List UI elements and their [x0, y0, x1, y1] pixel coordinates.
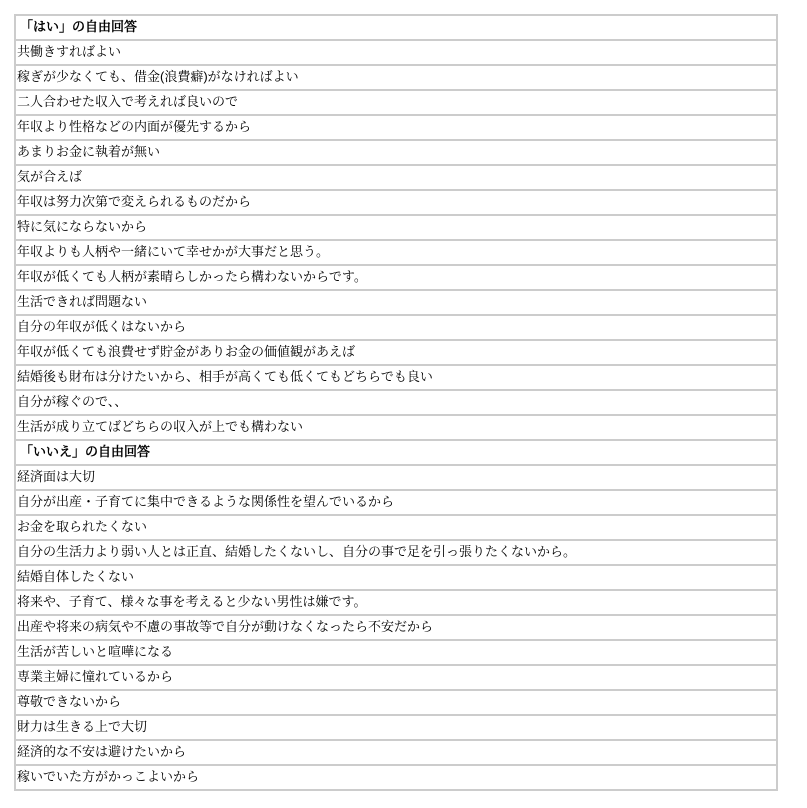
answer-row: 専業主婦に憧れているから: [15, 665, 777, 690]
section-header-row-yes: 「はい」の自由回答: [15, 15, 777, 40]
answer-cell: 生活が苦しいと喧嘩になる: [15, 640, 777, 665]
answer-row: 経済面は大切: [15, 465, 777, 490]
answer-row: 年収よりも人柄や一緒にいて幸せかが大事だと思う。: [15, 240, 777, 265]
answer-row: 出産や将来の病気や不慮の事故等で自分が動けなくなったら不安だから: [15, 615, 777, 640]
answer-cell: 気が合えば: [15, 165, 777, 190]
answer-cell: 結婚後も財布は分けたいから、相手が高くても低くてもどちらでも良い: [15, 365, 777, 390]
answer-row: 生活が成り立てばどちらの収入が上でも構わない: [15, 415, 777, 440]
answer-row: 結婚自体したくない: [15, 565, 777, 590]
answer-cell: 経済的な不安は避けたいから: [15, 740, 777, 765]
answer-cell: 将来や、子育て、様々な事を考えると少ない男性は嫌です。: [15, 590, 777, 615]
answer-row: 稼ぎが少なくても、借金(浪費癖)がなければよい: [15, 65, 777, 90]
answer-cell: 財力は生きる上で大切: [15, 715, 777, 740]
answer-cell: 自分の年収が低くはないから: [15, 315, 777, 340]
answer-cell: 年収は努力次第で変えられるものだから: [15, 190, 777, 215]
answer-row: 尊敬できないから: [15, 690, 777, 715]
answer-cell: 年収より性格などの内面が優先するから: [15, 115, 777, 140]
answer-cell: 年収よりも人柄や一緒にいて幸せかが大事だと思う。: [15, 240, 777, 265]
section-header-row-no: 「いいえ」の自由回答: [15, 440, 777, 465]
answer-cell: 自分が出産・子育てに集中できるような関係性を望んでいるから: [15, 490, 777, 515]
answer-cell: 自分の生活力より弱い人とは正直、結婚したくないし、自分の事で足を引っ張りたくない…: [15, 540, 777, 565]
answer-cell: 専業主婦に憧れているから: [15, 665, 777, 690]
answer-row: 財力は生きる上で大切: [15, 715, 777, 740]
answer-row: 生活が苦しいと喧嘩になる: [15, 640, 777, 665]
answer-row: お金を取られたくない: [15, 515, 777, 540]
answer-row: 将来や、子育て、様々な事を考えると少ない男性は嫌です。: [15, 590, 777, 615]
answer-cell: 自分が稼ぐので、、: [15, 390, 777, 415]
answer-cell: 年収が低くても人柄が素晴らしかったら構わないからです。: [15, 265, 777, 290]
free-answers-table-body: 「はい」の自由回答共働きすればよい稼ぎが少なくても、借金(浪費癖)がなければよい…: [15, 15, 777, 790]
answer-row: 二人合わせた収入で考えれば良いので: [15, 90, 777, 115]
answer-cell: 共働きすればよい: [15, 40, 777, 65]
answer-cell: 生活が成り立てばどちらの収入が上でも構わない: [15, 415, 777, 440]
answer-row: 年収は努力次第で変えられるものだから: [15, 190, 777, 215]
answer-row: 年収が低くても人柄が素晴らしかったら構わないからです。: [15, 265, 777, 290]
answer-cell: 二人合わせた収入で考えれば良いので: [15, 90, 777, 115]
answer-row: 自分が出産・子育てに集中できるような関係性を望んでいるから: [15, 490, 777, 515]
answer-cell: 尊敬できないから: [15, 690, 777, 715]
answer-cell: 経済面は大切: [15, 465, 777, 490]
answer-row: 経済的な不安は避けたいから: [15, 740, 777, 765]
answer-row: 年収より性格などの内面が優先するから: [15, 115, 777, 140]
answer-row: 年収が低くても浪費せず貯金がありお金の価値観があえば: [15, 340, 777, 365]
answer-cell: 稼ぎが少なくても、借金(浪費癖)がなければよい: [15, 65, 777, 90]
answer-cell: 結婚自体したくない: [15, 565, 777, 590]
answer-row: 自分が稼ぐので、、: [15, 390, 777, 415]
answer-cell: 年収が低くても浪費せず貯金がありお金の価値観があえば: [15, 340, 777, 365]
answer-row: 生活できれば問題ない: [15, 290, 777, 315]
answer-cell: 特に気にならないから: [15, 215, 777, 240]
answer-cell: 稼いでいた方がかっこよいから: [15, 765, 777, 790]
answer-row: 共働きすればよい: [15, 40, 777, 65]
answer-row: あまりお金に執着が無い: [15, 140, 777, 165]
free-answers-table: 「はい」の自由回答共働きすればよい稼ぎが少なくても、借金(浪費癖)がなければよい…: [14, 14, 778, 791]
answer-row: 自分の年収が低くはないから: [15, 315, 777, 340]
answer-row: 稼いでいた方がかっこよいから: [15, 765, 777, 790]
section-header-no: 「いいえ」の自由回答: [15, 440, 777, 465]
answer-row: 結婚後も財布は分けたいから、相手が高くても低くてもどちらでも良い: [15, 365, 777, 390]
answer-cell: 生活できれば問題ない: [15, 290, 777, 315]
answer-cell: お金を取られたくない: [15, 515, 777, 540]
answer-cell: 出産や将来の病気や不慮の事故等で自分が動けなくなったら不安だから: [15, 615, 777, 640]
answer-row: 気が合えば: [15, 165, 777, 190]
answer-cell: あまりお金に執着が無い: [15, 140, 777, 165]
answer-row: 特に気にならないから: [15, 215, 777, 240]
section-header-yes: 「はい」の自由回答: [15, 15, 777, 40]
answer-row: 自分の生活力より弱い人とは正直、結婚したくないし、自分の事で足を引っ張りたくない…: [15, 540, 777, 565]
